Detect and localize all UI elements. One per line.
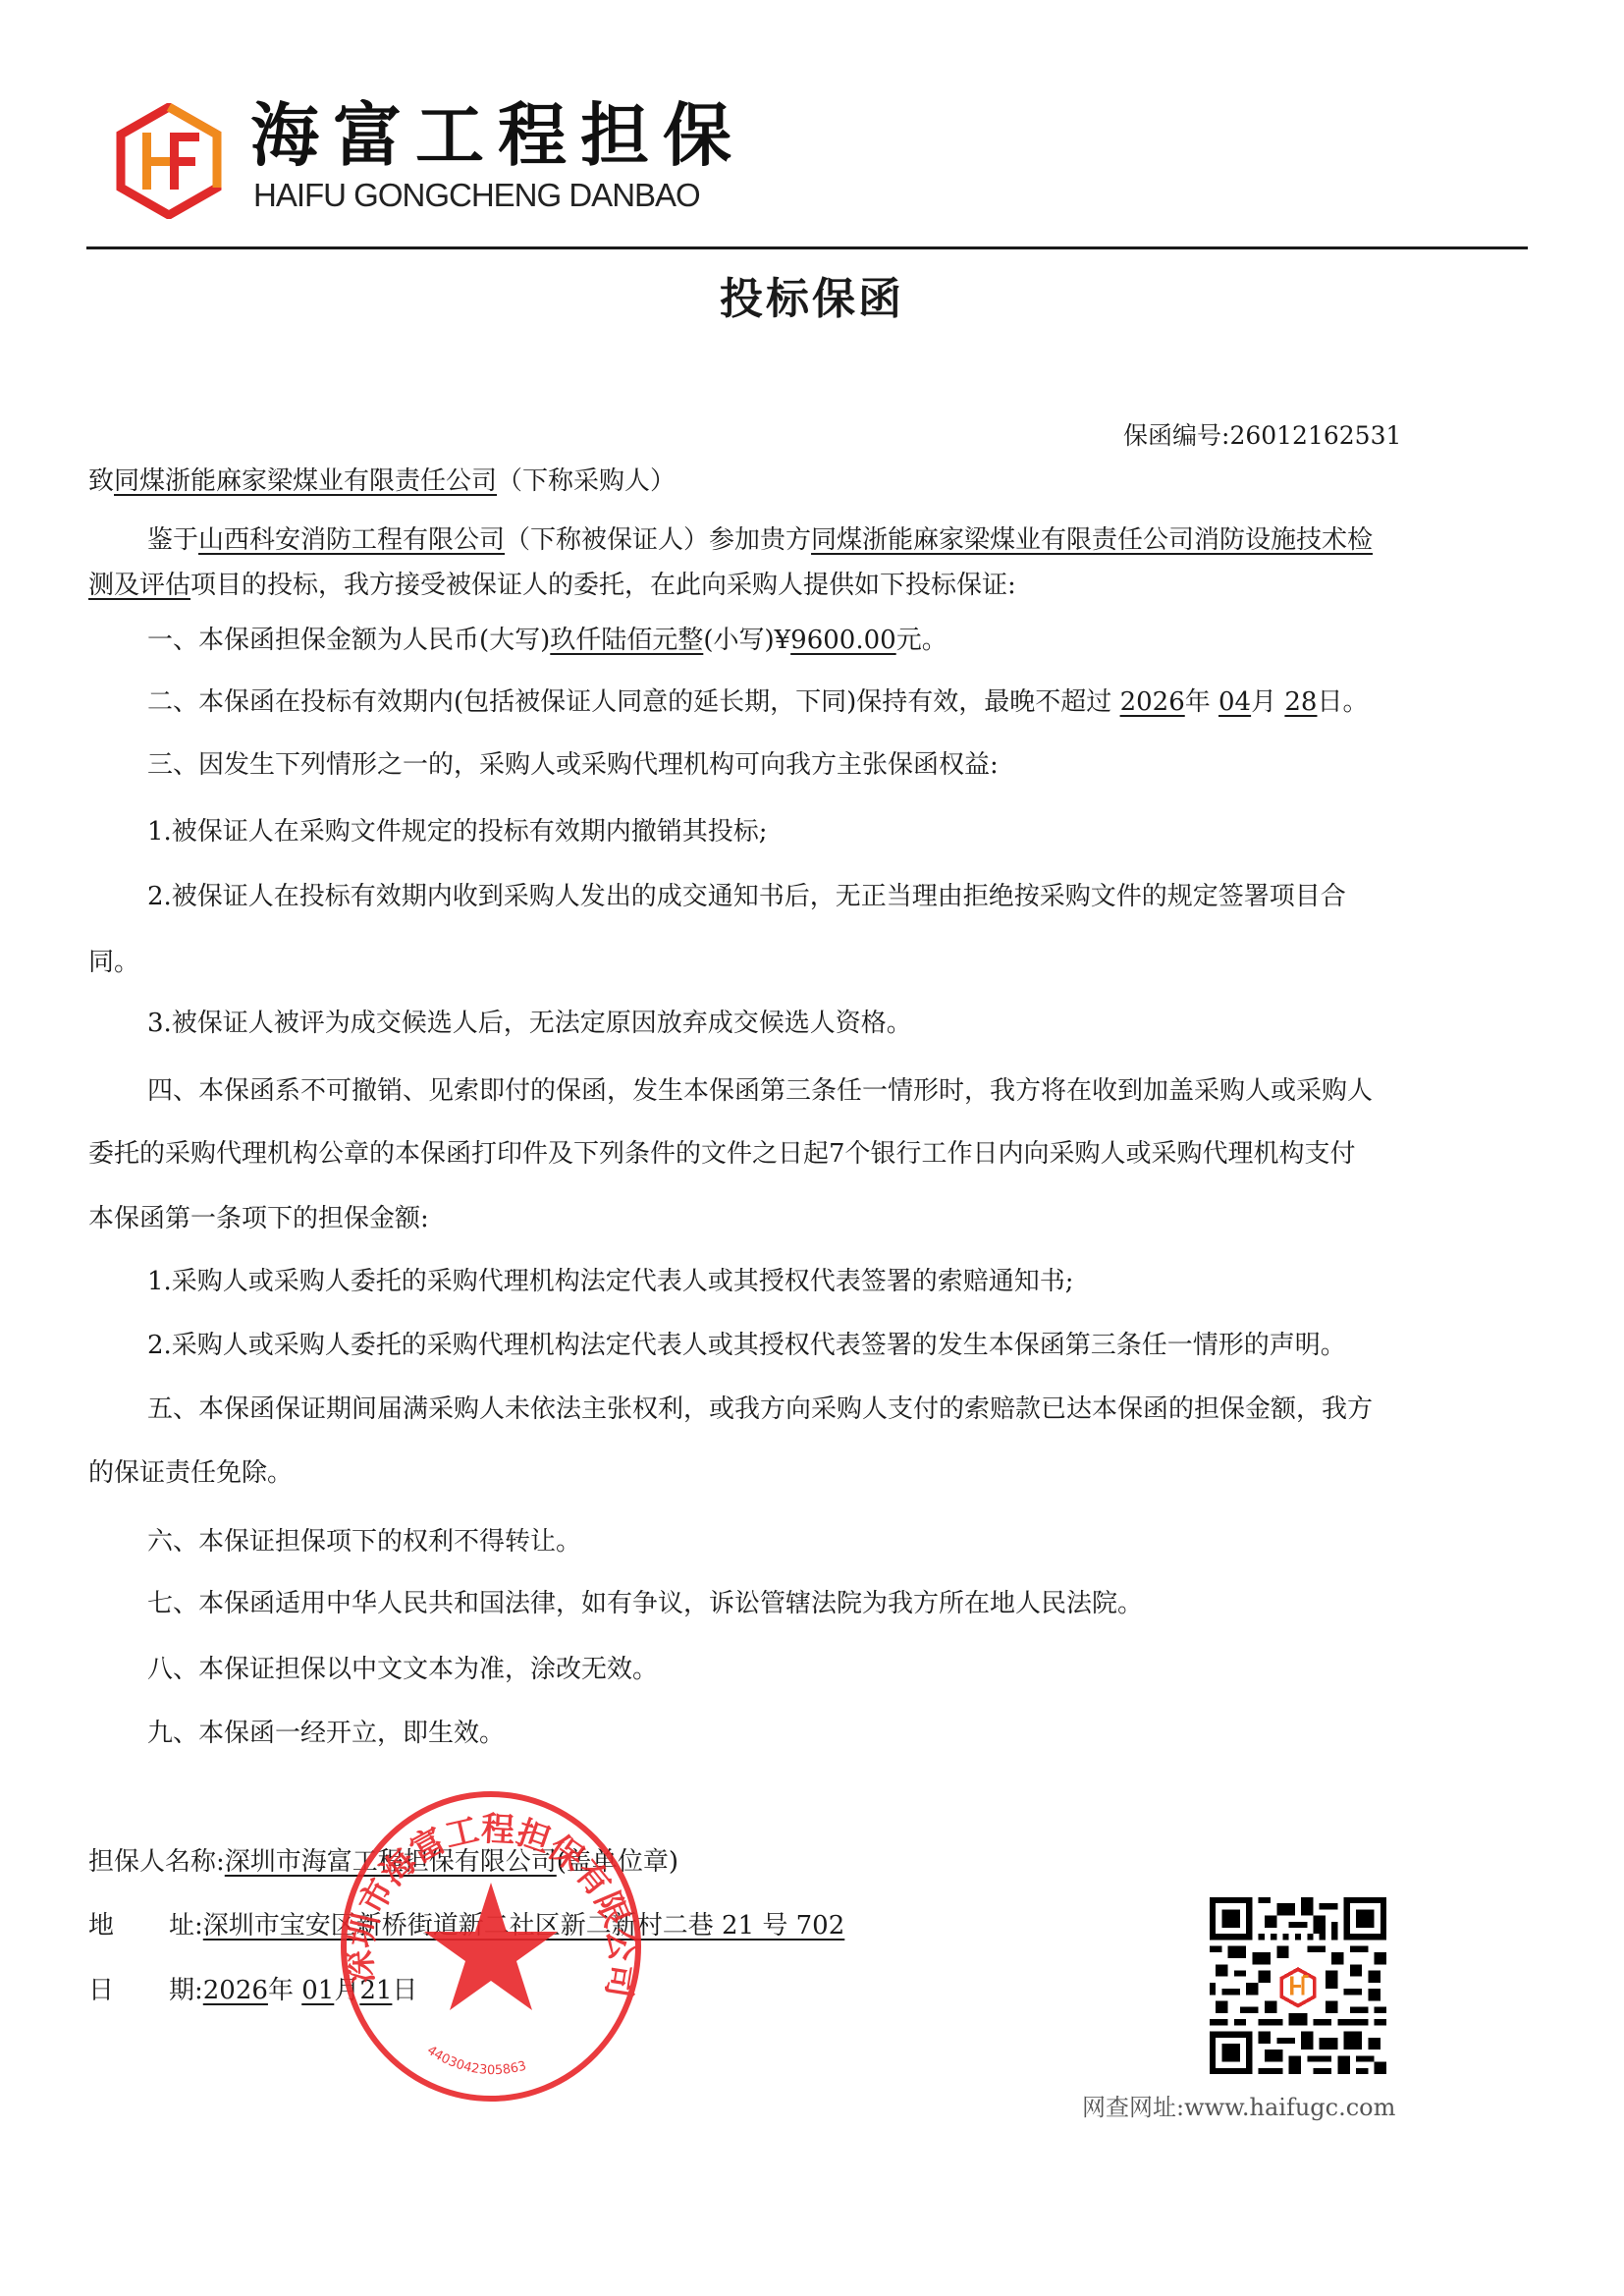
address-label: 地	[88, 1913, 169, 1939]
clause-4-item-1: 1.采购人或采购人委托的采购代理机构法定代表人或其授权代表签署的索赔通知书;	[147, 1269, 1074, 1294]
clause-9: 九、本保函一经开立，即生效。	[147, 1721, 505, 1746]
clause-3-item-1: 1.被保证人在采购文件规定的投标有效期内撤销其投标;	[147, 819, 768, 845]
verification-link[interactable]: www.haifugc.com	[1184, 2094, 1395, 2121]
expiry-day: 28	[1284, 687, 1317, 717]
letter-number-value: 26012162531	[1229, 421, 1401, 450]
unit: 年	[268, 1976, 294, 2005]
clause-text: 元。	[896, 626, 947, 655]
clause-4-line-2: 委托的采购代理机构公章的本保函打印件及下列条件的文件之日起7个银行工作日内向采购…	[88, 1141, 1356, 1167]
guarantor-label: 担保人名称:	[88, 1847, 225, 1877]
clause-1: 一、本保函担保金额为人民币(大写)玖仟陆佰元整(小写)¥9600.00元。	[147, 628, 947, 653]
verification-label: 网查网址:	[1082, 2094, 1184, 2121]
svg-text:4403042305863: 4403042305863	[424, 2044, 528, 2079]
clause-4-line-3: 本保函第一条项下的担保金额:	[88, 1206, 429, 1231]
company-logo-icon	[115, 103, 223, 219]
clause-4-item-2: 2.采购人或采购人委托的采购代理机构法定代表人或其授权代表签署的发生本保函第三条…	[147, 1333, 1346, 1358]
address-label: 址:	[169, 1911, 203, 1941]
brand-name-cn: 海富工程担保	[250, 101, 745, 170]
intro-line-2: 测及评估项目的投标，我方接受被保证人的委托，在此向采购人提供如下投标保证:	[88, 573, 1016, 598]
project-name: 同煤浙能麻家梁煤业有限责任公司消防设施技术检	[811, 525, 1373, 555]
brand-name-en: HAIFU GONGCHENG DANBAO	[253, 179, 700, 211]
clause-text: (小写)¥	[703, 626, 790, 655]
addressee-name: 同煤浙能麻家梁煤业有限责任公司	[114, 466, 497, 496]
clause-text: 一、本保函担保金额为人民币(大写)	[147, 626, 550, 655]
unit: 月	[1251, 687, 1276, 717]
seal-code: 4403042305863	[424, 2044, 528, 2079]
clause-4-line-1: 四、本保函系不可撤销、见索即付的保函，发生本保函第三条任一情形时，我方将在收到加…	[147, 1078, 1373, 1104]
letter-number: 保函编号:26012162531	[1123, 416, 1401, 452]
clause-3-item-3: 3.被保证人被评为成交候选人后，无法定原因放弃成交候选人资格。	[147, 1011, 912, 1036]
unit: 日。	[1317, 687, 1368, 717]
clause-2: 二、本保函在投标有效期内(包括被保证人同意的延长期，下同)保持有效，最晚不超过 …	[147, 689, 1369, 715]
expiry-year: 2026	[1120, 687, 1185, 717]
letter-number-label: 保函编号:	[1123, 421, 1229, 450]
header-divider	[86, 246, 1528, 249]
addressee-suffix: （下称采购人）	[497, 466, 676, 496]
unit: 年	[1185, 687, 1211, 717]
clause-7: 七、本保函适用中华人民共和国法律，如有争议，诉讼管辖法院为我方所在地人民法院。	[147, 1591, 1143, 1616]
intro-line-1: 鉴于山西科安消防工程有限公司（下称被保证人）参加贵方同煤浙能麻家梁煤业有限责任公…	[147, 527, 1373, 553]
addressee-line: 致同煤浙能麻家梁煤业有限责任公司（下称采购人）	[88, 468, 676, 494]
intro-text: （下称被保证人）参加贵方	[505, 525, 811, 555]
verification-url: 网查网址:www.haifugc.com	[1082, 2088, 1395, 2122]
date-label: 日	[88, 1978, 169, 2003]
issue-month: 01	[301, 1976, 334, 2005]
clause-5-line-2: 的保证责任免除。	[88, 1460, 293, 1486]
clause-6: 六、本保证担保项下的权利不得转让。	[147, 1529, 581, 1555]
clause-3-item-2: 2.被保证人在投标有效期内收到采购人发出的成交通知书后，无正当理由拒绝按采购文件…	[147, 884, 1346, 909]
company-seal-stamp: 深圳市海富工程担保有限公司 4403042305863	[334, 1789, 648, 2104]
expiry-month: 04	[1218, 687, 1251, 717]
date-label: 期:	[169, 1976, 203, 2005]
clause-text: 二、本保函在投标有效期内(包括被保证人同意的延长期，下同)保持有效，最晚不超过	[147, 687, 1111, 717]
clause-3-item-2-cont: 同。	[88, 950, 139, 975]
amount-number: 9600.00	[790, 626, 896, 655]
addressee-prefix: 致	[88, 466, 114, 496]
amount-words: 玖仟陆佰元整	[550, 626, 703, 655]
clause-8: 八、本保证担保以中文文本为准，涂改无效。	[147, 1657, 658, 1682]
applicant-name: 山西科安消防工程有限公司	[198, 525, 505, 555]
clause-5-line-1: 五、本保函保证期间届满采购人未依法主张权利，或我方向采购人支付的索赔款已达本保函…	[147, 1396, 1373, 1422]
verification-qr-code-icon[interactable]	[1210, 1897, 1386, 2074]
intro-text: 鉴于	[147, 525, 198, 555]
issue-year: 2026	[203, 1976, 268, 2005]
intro-text: 项目的投标，我方接受被保证人的委托，在此向采购人提供如下投标保证:	[190, 571, 1016, 600]
clause-3: 三、因发生下列情形之一的，采购人或采购代理机构可向我方主张保函权益:	[147, 752, 999, 778]
document-title: 投标保函	[0, 263, 1624, 326]
project-name-cont: 测及评估	[88, 571, 190, 600]
